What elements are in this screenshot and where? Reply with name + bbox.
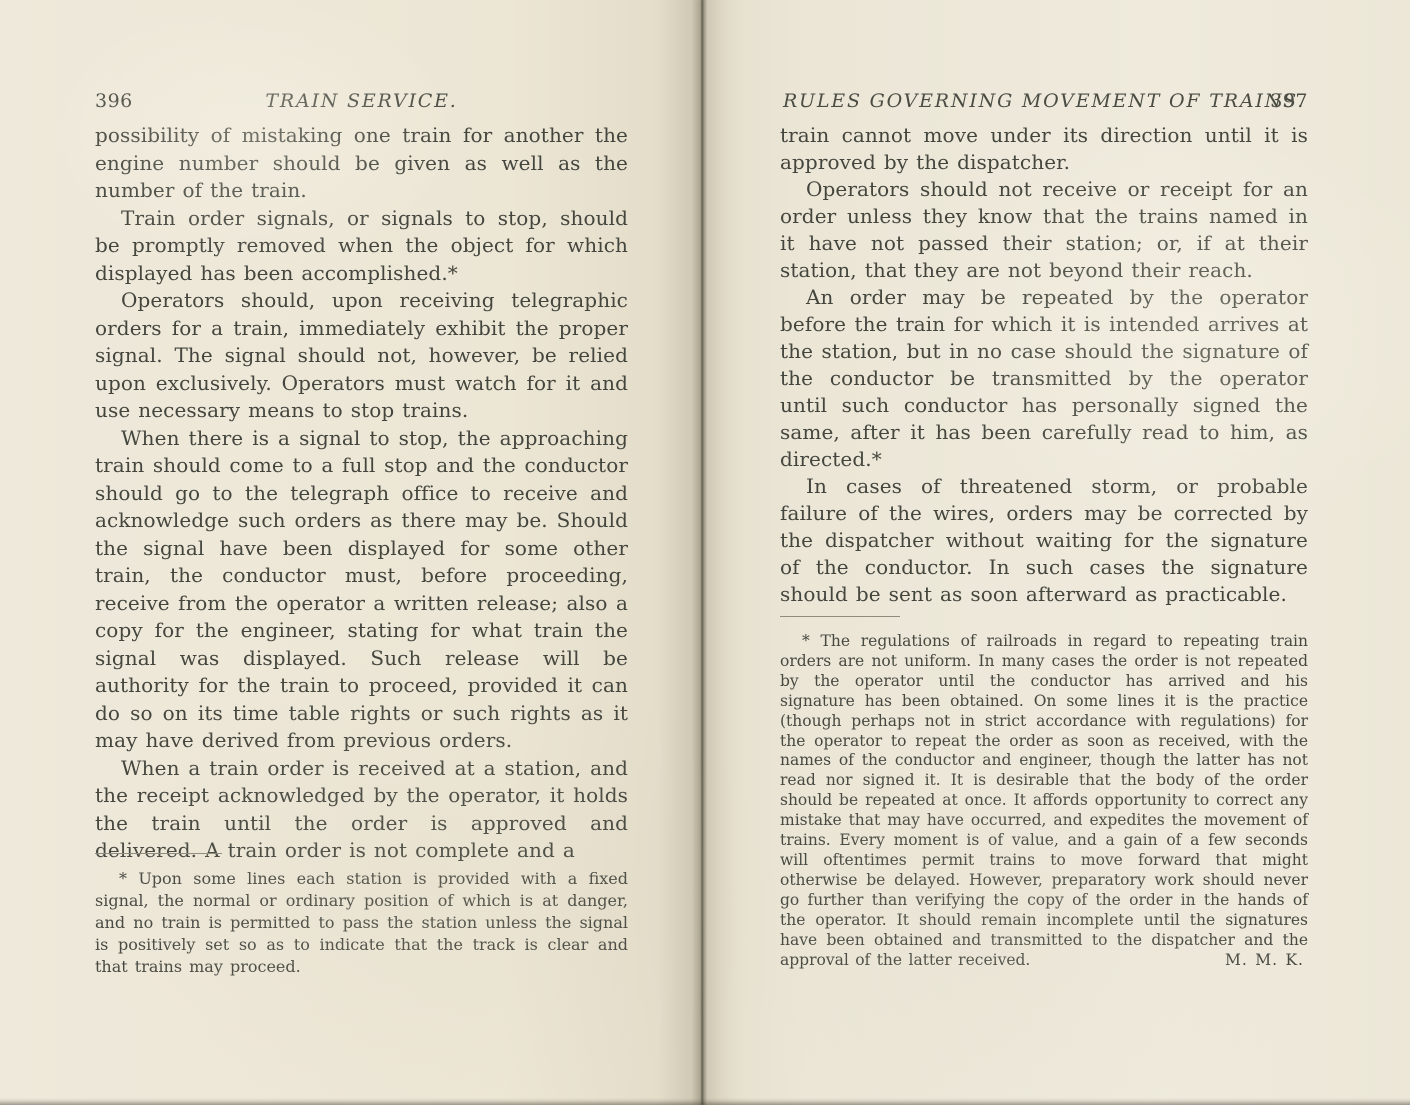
paragraph: When there is a signal to stop, the appr…: [95, 425, 628, 755]
paragraph: Operators should not receive or receipt …: [780, 176, 1308, 284]
left-footnote-rule: [95, 853, 222, 854]
left-body-text: possibility of mistaking one train for a…: [95, 122, 628, 865]
paragraph: train cannot move under its direction un…: [780, 122, 1308, 176]
paragraph: An order may be repeated by the operator…: [780, 284, 1308, 473]
left-page-number: 396: [95, 88, 133, 114]
right-footnote-text: * The regulations of railroads in regard…: [780, 632, 1308, 969]
right-running-title: RULES GOVERNING MOVEMENT OF TRAINS.: [780, 88, 1308, 114]
right-page-number: 397: [1270, 88, 1308, 114]
right-page-header: RULES GOVERNING MOVEMENT OF TRAINS. 397: [780, 88, 1308, 114]
book-scan: 396 TRAIN SERVICE. possibility of mistak…: [0, 0, 1410, 1105]
left-page: 396 TRAIN SERVICE. possibility of mistak…: [0, 0, 700, 1105]
left-footnote: * Upon some lines each station is provid…: [95, 868, 628, 978]
left-page-header: 396 TRAIN SERVICE.: [95, 88, 628, 114]
left-running-title: TRAIN SERVICE.: [95, 88, 628, 114]
paragraph: Train order signals, or signals to stop,…: [95, 205, 628, 288]
right-footnote-rule: [780, 616, 900, 617]
paragraph: When a train order is received at a stat…: [95, 755, 628, 865]
paragraph: Operators should, upon receiving telegra…: [95, 287, 628, 425]
paragraph: In cases of threatened storm, or probabl…: [780, 473, 1308, 608]
right-page: RULES GOVERNING MOVEMENT OF TRAINS. 397 …: [700, 0, 1410, 1105]
footnote-signature: M. M. K.: [1225, 951, 1304, 971]
right-footnote: * The regulations of railroads in regard…: [780, 632, 1308, 970]
paragraph: possibility of mistaking one train for a…: [95, 122, 628, 205]
right-body-text: train cannot move under its direction un…: [780, 122, 1308, 608]
